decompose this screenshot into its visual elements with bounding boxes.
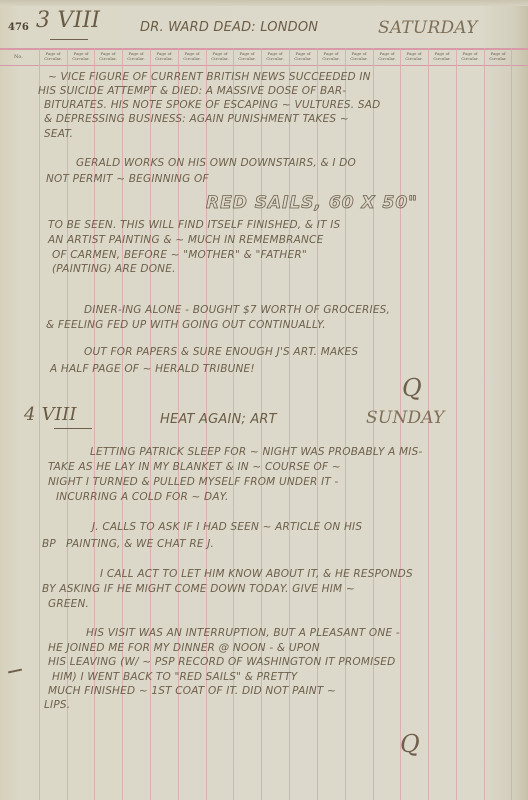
entry-text-line: HE JOINED ME FOR MY DINNER @ NOON - & UP… xyxy=(48,641,320,655)
page-of-circular-header: Page of Circular. xyxy=(429,52,455,64)
column-rule xyxy=(511,48,512,800)
page-of-circular-header: Page of Circular. xyxy=(123,52,149,64)
header-rule-top xyxy=(0,48,528,50)
page-of-circular-header: Page of Circular. xyxy=(68,52,94,64)
entry-day: SATURDAY xyxy=(378,18,478,38)
page-of-circular-header: Page of Circular. xyxy=(374,52,400,64)
entry-date: 4 VIII xyxy=(24,404,77,425)
entry-title: HEAT AGAIN; ART xyxy=(160,412,277,427)
entry-text-line: HIM) I WENT BACK TO "RED SAILS" & PRETTY xyxy=(52,670,297,684)
entry-text-line: LETTING PATRICK SLEEP FOR ~ NIGHT WAS PR… xyxy=(90,445,422,459)
entry-text-line: MUCH FINISHED ~ 1ST COAT OF IT. DID NOT … xyxy=(48,684,336,698)
entry-day: SUNDAY xyxy=(366,408,445,428)
page-of-circular-header: Page of Circular. xyxy=(401,52,427,64)
page-of-circular-header: Page of Circular. xyxy=(262,52,288,64)
page-of-circular-header: Page of Circular. xyxy=(40,52,66,64)
entry-text-line: I CALL ACT TO LET HIM KNOW ABOUT IT, & H… xyxy=(100,567,413,581)
entry-text-line: A HALF PAGE OF ~ HERALD TRIBUNE! xyxy=(50,362,255,376)
author-signature: Q xyxy=(402,374,422,402)
entry-text-line: BY ASKING IF HE MIGHT COME DOWN TODAY. G… xyxy=(42,582,355,596)
page-of-circular-header: Page of Circular. xyxy=(95,52,121,64)
page-of-circular-header: Page of Circular. xyxy=(485,52,511,64)
painting-title: RED SAILS, 60 x 50" xyxy=(206,193,418,213)
page-of-circular-header: Page of Circular. xyxy=(207,52,233,64)
page-number: 476 xyxy=(8,22,29,33)
entry-text-line: NIGHT I TURNED & PULLED MYSELF FROM UNDE… xyxy=(48,475,339,489)
entry-date: 3 VIII xyxy=(36,8,100,33)
margin-arrow-mark xyxy=(8,669,22,674)
page-of-circular-header: Page of Circular. xyxy=(151,52,177,64)
entry-text-line: (PAINTING) ARE DONE. xyxy=(52,262,176,276)
no-column-header: No. xyxy=(14,54,23,60)
margin-note: BP xyxy=(42,537,56,551)
date-underline xyxy=(54,428,92,429)
author-signature: Q xyxy=(400,730,420,758)
entry-text-line: BITURATES. HIS NOTE SPOKE OF ESCAPING ~ … xyxy=(44,98,380,112)
entry-text-line: DINER-ING ALONE - BOUGHT $7 WORTH OF GRO… xyxy=(84,303,390,317)
ledger-page: 476 No. Page of Circular. Page of Circul… xyxy=(0,0,528,800)
entry-text-line: OF CARMEN, BEFORE ~ "MOTHER" & "FATHER" xyxy=(52,248,307,262)
column-rule xyxy=(484,48,485,800)
entry-text-line: INCURRING A COLD FOR ~ DAY. xyxy=(56,490,229,504)
entry-text-line: J. CALLS TO ASK IF I HAD SEEN ~ ARTICLE … xyxy=(92,520,362,534)
entry-text-line: NOT PERMIT ~ BEGINNING OF xyxy=(46,172,209,186)
entry-text-line: & DEPRESSING BUSINESS: AGAIN PUNISHMENT … xyxy=(44,112,349,126)
entry-text-line: TAKE AS HE LAY IN MY BLANKET & IN ~ COUR… xyxy=(48,460,341,474)
entry-text-line: LIPS. xyxy=(44,698,70,712)
entry-text-line: & FEELING FED UP WITH GOING OUT CONTINUA… xyxy=(46,318,326,332)
entry-text-line: GERALD WORKS ON HIS OWN DOWNSTAIRS, & I … xyxy=(76,156,356,170)
entry-text-line: OUT FOR PAPERS & SURE ENOUGH J'S ART. MA… xyxy=(84,345,358,359)
page-of-circular-header: Page of Circular. xyxy=(234,52,260,64)
entry-text-line: GREEN. xyxy=(48,597,89,611)
page-of-circular-header: Page of Circular. xyxy=(346,52,372,64)
entry-text-line: HIS VISIT WAS AN INTERRUPTION, BUT A PLE… xyxy=(86,626,400,640)
entry-text-line: ~ VICE FIGURE OF CURRENT BRITISH NEWS SU… xyxy=(48,70,371,84)
date-underline xyxy=(50,39,88,40)
page-of-circular-header: Page of Circular. xyxy=(457,52,483,64)
entry-text-line: TO BE SEEN. THIS WILL FIND ITSELF FINISH… xyxy=(48,218,340,232)
entry-text-line: HIS SUICIDE ATTEMPT & DIED: A MASSIVE DO… xyxy=(38,84,346,98)
header-rule-bottom xyxy=(0,65,528,66)
page-of-circular-header: Page of Circular. xyxy=(290,52,316,64)
page-top-edge xyxy=(0,0,528,6)
entry-text-line: HIS LEAVING (W/ ~ PSP RECORD OF WASHINGT… xyxy=(48,655,395,669)
page-of-circular-header: Page of Circular. xyxy=(179,52,205,64)
entry-text-line: SEAT. xyxy=(44,127,73,141)
column-rule xyxy=(456,48,457,800)
entry-title: DR. WARD DEAD: LONDON xyxy=(140,20,318,35)
entry-text-line: AN ARTIST PAINTING & ~ MUCH IN REMEMBRAN… xyxy=(48,233,323,247)
entry-text-line: PAINTING, & WE CHAT RE J. xyxy=(66,537,214,551)
page-of-circular-header: Page of Circular. xyxy=(318,52,344,64)
